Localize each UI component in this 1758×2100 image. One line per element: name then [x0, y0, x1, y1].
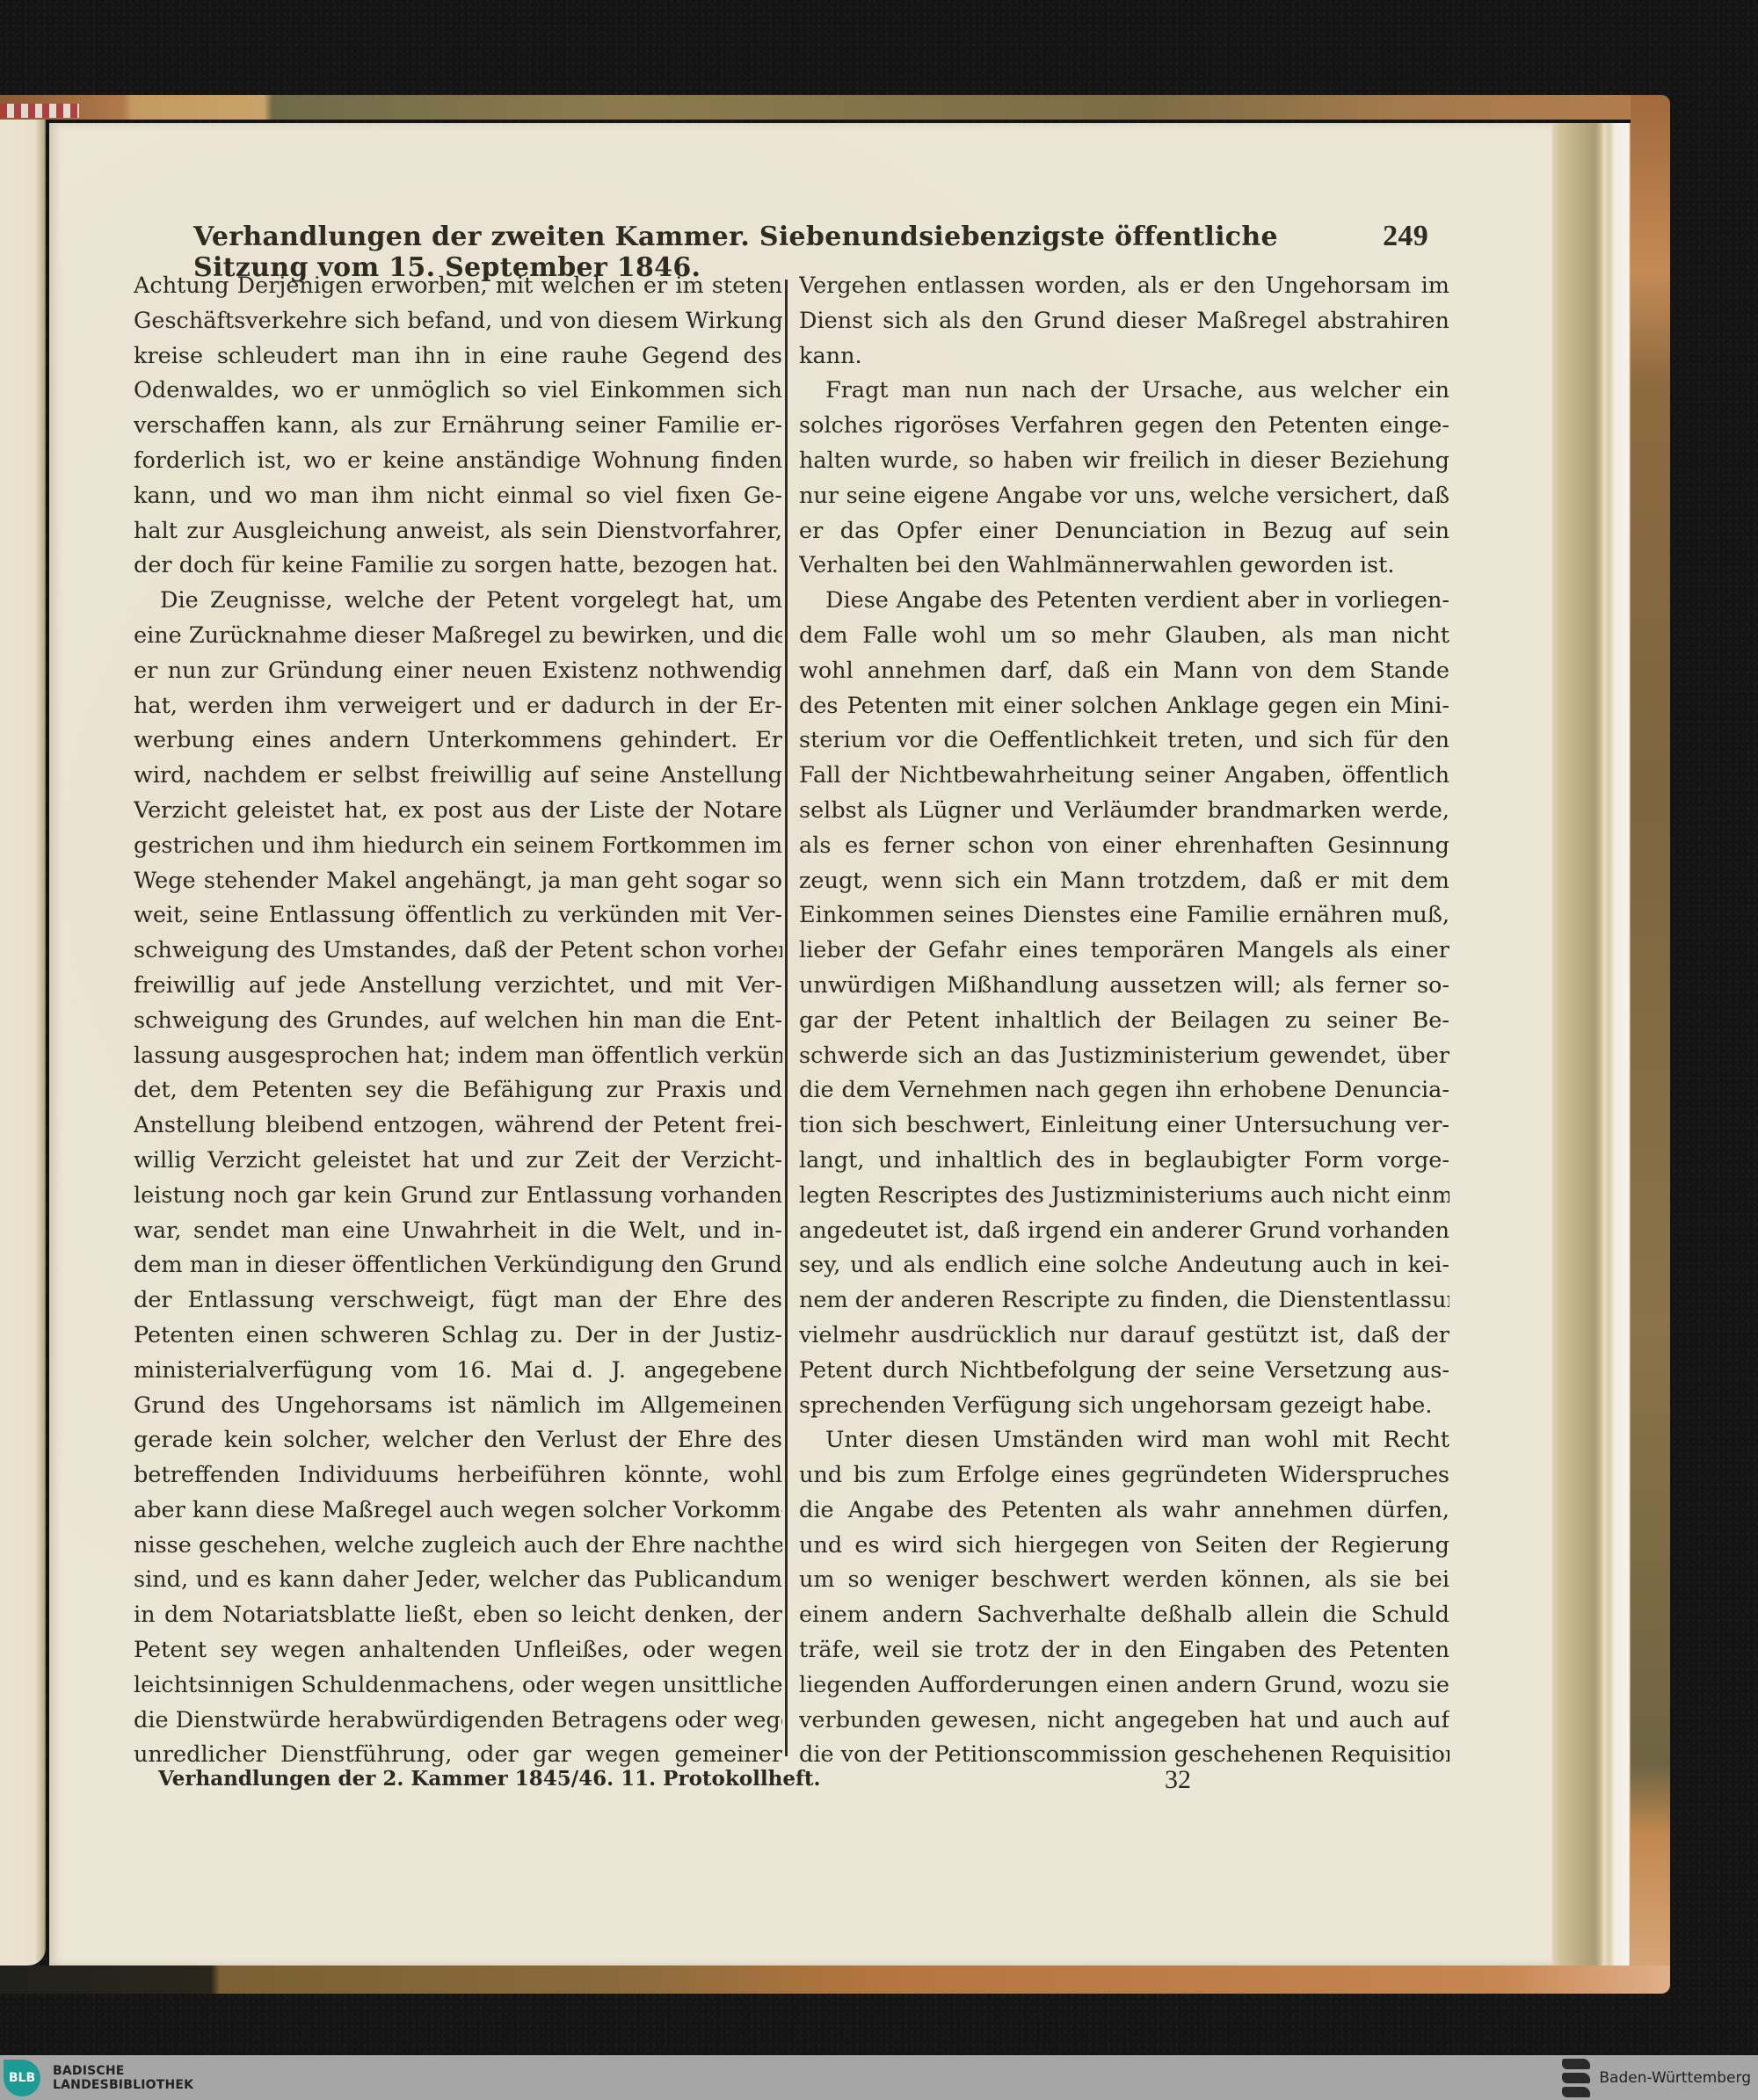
text-line: sind, und es kann daher Jeder, welcher d… [134, 1563, 782, 1598]
text-line: um so weniger beschwert werden können, a… [799, 1563, 1449, 1598]
running-head: Verhandlungen der zweiten Kammer. Sieben… [193, 220, 1428, 258]
text-column-right: Vergehen entlassen worden, als er den Un… [799, 269, 1449, 1773]
text-line: er nun zur Gründung einer neuen Existenz… [134, 654, 782, 689]
text-line: freiwillig auf jede Anstellung verzichte… [134, 969, 782, 1004]
text-line: war, sendet man eine Unwahrheit in die W… [134, 1214, 782, 1249]
text-line: dem man in dieser öffentlichen Verkündig… [134, 1248, 782, 1283]
text-line: er das Opfer einer Denunciation in Bezug… [799, 514, 1449, 549]
text-line: eine Zurücknahme dieser Maßregel zu bewi… [134, 619, 782, 654]
text-line: tion sich beschwert, Einleitung einer Un… [799, 1108, 1449, 1144]
text-line: kann, und wo man ihm nicht einmal so vie… [134, 479, 782, 514]
text-line: der Entlassung verschweigt, fügt man der… [134, 1283, 782, 1319]
text-line: schweigung des Grundes, auf welchen hin … [134, 1004, 782, 1039]
text-line: in dem Notariatsblatte ließt, eben so le… [134, 1598, 782, 1633]
text-line: zeugt, wenn sich ein Mann trotzdem, daß … [799, 864, 1449, 899]
text-line: solches rigoröses Verfahren gegen den Pe… [799, 409, 1449, 444]
text-line: Wege stehender Makel angehängt, ja man g… [134, 864, 782, 899]
text-line: träfe, weil sie trotz der in den Eingabe… [799, 1633, 1449, 1668]
text-line: und es wird sich hiergegen von Seiten de… [799, 1529, 1449, 1564]
facing-page-edge [0, 120, 46, 1966]
baden-wuerttemberg-logo[interactable]: Baden-Württemberg [1562, 2059, 1751, 2097]
blb-wordmark: BADISCHE LANDESBIBLIOTHEK [53, 2064, 193, 2092]
text-line: kann. [799, 339, 1449, 374]
text-line: die von der Petitionscommission geschehe… [799, 1738, 1449, 1773]
text-line: Petenten einen schweren Schlag zu. Der i… [134, 1319, 782, 1354]
text-line: der doch für keine Familie zu sorgen hat… [134, 549, 782, 584]
text-line: schwerde sich an das Justizministerium g… [799, 1039, 1449, 1074]
text-line: Diese Angabe des Petenten verdient aber … [799, 584, 1449, 619]
text-line: sey, und als endlich eine solche Andeutu… [799, 1248, 1449, 1283]
three-lions-coat-of-arms-icon [1562, 2059, 1590, 2097]
blb-wordmark-line1: BADISCHE [53, 2064, 193, 2078]
text-line: Petent sey wegen anhaltenden Unfleißes, … [134, 1633, 782, 1668]
text-line: liegenden Aufforderungen einen andern Gr… [799, 1668, 1449, 1704]
text-line: werbung eines andern Unterkommens gehind… [134, 723, 782, 759]
text-line: Grund des Ungehorsams ist nämlich im All… [134, 1389, 782, 1424]
text-line: als es ferner schon von einer ehrenhafte… [799, 829, 1449, 864]
text-line: unwürdigen Mißhandlung aussetzen will; a… [799, 969, 1449, 1004]
text-line: sterium vor die Oeffentlichkeit treten, … [799, 723, 1449, 759]
text-line: Dienst sich als den Grund dieser Maßrege… [799, 304, 1449, 339]
baden-wuerttemberg-wordmark: Baden-Württemberg [1599, 2069, 1751, 2087]
text-line: aber kann diese Maßregel auch wegen solc… [134, 1493, 782, 1529]
text-line: langt, und inhaltlich des in beglaubigte… [799, 1144, 1449, 1179]
institution-banner: BLB BADISCHE LANDESBIBLIOTHEK Baden-Würt… [0, 2055, 1758, 2100]
text-line: Fall der Nichtbewahrheitung seiner Angab… [799, 759, 1449, 794]
text-line: halt zur Ausgleichung anweist, als sein … [134, 514, 782, 549]
text-line: halten wurde, so haben wir freilich in d… [799, 444, 1449, 479]
text-line: vielmehr ausdrücklich nur darauf gestütz… [799, 1319, 1449, 1354]
text-line: leistung noch gar kein Grund zur Entlass… [134, 1179, 782, 1214]
text-line: Verzicht geleistet hat, ex post aus der … [134, 794, 782, 829]
text-line: wohl annehmen darf, daß ein Mann von dem… [799, 654, 1449, 689]
text-line: sprechenden Verfügung sich ungehorsam ge… [799, 1389, 1449, 1424]
blb-wordmark-line2: LANDESBIBLIOTHEK [53, 2078, 193, 2092]
text-line: nur seine eigene Angabe vor uns, welche … [799, 479, 1449, 514]
text-line: Fragt man nun nach der Ursache, aus welc… [799, 374, 1449, 409]
text-line: selbst als Lügner und Verläumder brandma… [799, 794, 1449, 829]
text-line: die Angabe des Petenten als wahr annehme… [799, 1493, 1449, 1529]
text-line: leichtsinnigen Schuldenmachens, oder weg… [134, 1668, 782, 1704]
text-line: nisse geschehen, welche zugleich auch de… [134, 1529, 782, 1564]
text-line: legten Rescriptes des Justizministeriums… [799, 1179, 1449, 1214]
text-line: Einkommen seines Dienstes eine Familie e… [799, 898, 1449, 934]
text-line: Anstellung bleibend entzogen, während de… [134, 1108, 782, 1144]
text-line: die dem Vernehmen nach gegen ihn erhoben… [799, 1073, 1449, 1108]
text-line: des Petenten mit einer solchen Anklage g… [799, 689, 1449, 724]
text-line: willig Verzicht geleistet hat und zur Ze… [134, 1144, 782, 1179]
text-line: verbunden gewesen, nicht angegeben hat u… [799, 1704, 1449, 1739]
book-cover-top-edge [0, 95, 1670, 120]
spine-headband [0, 104, 79, 118]
signature-line: Verhandlungen der 2. Kammer 1845/46. 11.… [158, 1767, 821, 1791]
text-line: Petent durch Nichtbefolgung der seine Ve… [799, 1354, 1449, 1389]
column-divider-rule [785, 280, 788, 1756]
book-cover-bottom-edge [0, 1966, 1670, 1994]
text-line: verschaffen kann, als zur Ernährung sein… [134, 409, 782, 444]
text-line: lassung ausgesprochen hat; indem man öff… [134, 1039, 782, 1074]
signature-number: 32 [1165, 1765, 1191, 1795]
text-line: det, dem Petenten sey die Befähigung zur… [134, 1073, 782, 1108]
text-line: dem Falle wohl um so mehr Glauben, als m… [799, 619, 1449, 654]
text-column-left: Achtung Derjenigen erworben, mit welchen… [134, 269, 782, 1773]
text-line: die Dienstwürde herabwürdigenden Betrage… [134, 1704, 782, 1739]
text-line: gestrichen und ihm hiedurch ein seinem F… [134, 829, 782, 864]
text-line: betreffenden Individuums herbeiführen kö… [134, 1458, 782, 1493]
text-line: lieber der Gefahr eines temporären Mange… [799, 934, 1449, 969]
text-line: gar der Petent inhaltlich der Beilagen z… [799, 1004, 1449, 1039]
text-line: nem der anderen Rescripte zu finden, die… [799, 1283, 1449, 1319]
text-line: Achtung Derjenigen erworben, mit welchen… [134, 269, 782, 304]
page-number: 249 [1383, 220, 1428, 253]
text-line: Verhalten bei den Wahlmännerwahlen gewor… [799, 549, 1449, 584]
text-line: und bis zum Erfolge eines gegründeten Wi… [799, 1458, 1449, 1493]
text-line: angedeutet ist, daß irgend ein anderer G… [799, 1214, 1449, 1249]
text-line: wird, nachdem er selbst freiwillig auf s… [134, 759, 782, 794]
text-line: weit, seine Entlassung öffentlich zu ver… [134, 898, 782, 934]
text-line: Odenwaldes, wo er unmöglich so viel Eink… [134, 374, 782, 409]
text-line: forderlich ist, wo er keine anständige W… [134, 444, 782, 479]
text-line: ministerialverfügung vom 16. Mai d. J. a… [134, 1354, 782, 1389]
text-line: einem andern Sachverhalte deßhalb allein… [799, 1598, 1449, 1633]
page-fore-edge [1551, 123, 1631, 1966]
text-line: kreise schleudert man ihn in eine rauhe … [134, 339, 782, 374]
text-line: schweigung des Umstandes, daß der Petent… [134, 934, 782, 969]
text-line: hat, werden ihm verweigert und er dadurc… [134, 689, 782, 724]
book-cover-right-edge [1631, 95, 1670, 1994]
text-line: Vergehen entlassen worden, als er den Un… [799, 269, 1449, 304]
text-line: Unter diesen Umständen wird man wohl mit… [799, 1423, 1449, 1458]
text-line: gerade kein solcher, welcher den Verlust… [134, 1423, 782, 1458]
text-line: Geschäftsverkehre sich befand, und von d… [134, 304, 782, 339]
blb-badge-icon: BLB [4, 2060, 40, 2096]
blb-logo[interactable]: BLB BADISCHE LANDESBIBLIOTHEK [4, 2060, 193, 2096]
text-line: Die Zeugnisse, welche der Petent vorgele… [134, 584, 782, 619]
